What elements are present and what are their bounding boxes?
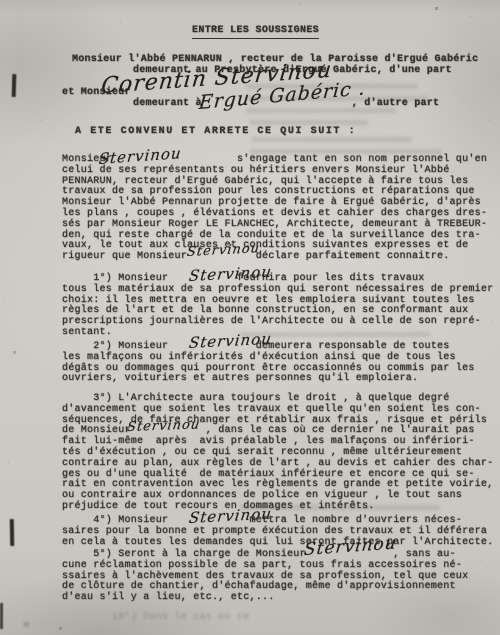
typed-line: rigueur que Monsieur déclare parfaitemen… — [62, 252, 487, 263]
typed-line: cune réclamation possible de sa part, to… — [62, 561, 468, 572]
typed-line: tous les matériaux de sa profession qui … — [62, 285, 493, 296]
clause-2-paragraph: 2°) Monsieur demeurera responsable de to… — [62, 342, 475, 385]
clause-1-paragraph: 1°) Monsieur fournira pour les dits trav… — [62, 274, 493, 339]
typed-line: ouvriers, voituriers et autres personnes… — [62, 374, 475, 385]
margin-pen-mark — [10, 519, 14, 546]
typed-line: les malfaçons ou infériorités d'éxécutio… — [62, 353, 475, 364]
typed-line: sentant. — [62, 328, 493, 339]
typed-line: d'eau s'il y a lieu, etc., etc,... — [62, 593, 468, 604]
typed-line: sés par Monsieur Roger LE FLANCHEC, Arch… — [62, 220, 487, 231]
clause-4-paragraph: 4°) Monsieur mettra le nombre d'ouvriers… — [62, 516, 493, 548]
clause-3-paragraph: 3°) L'Architecte aura toujours le droit … — [62, 394, 493, 513]
typed-line: préjudice de tout recours en dommages et… — [62, 502, 493, 513]
typed-line: contraire au plan, aux règles de l'art ,… — [62, 459, 493, 470]
bleed-through-line — [250, 120, 368, 125]
typed-line: en cela à toutes les demandes qui lui se… — [62, 538, 493, 549]
paper-speckles — [0, 0, 1, 1]
scan-edge-artifact — [0, 603, 3, 629]
typed-line: saires pour la bonne et prompte éxécutio… — [62, 527, 493, 538]
typed-line: celui de ses représentants ou héritiers … — [62, 166, 487, 177]
bleed-through-text: 10°) Dans le cas où ce — [112, 612, 250, 623]
typed-line: d'avancement que soient les travaux et q… — [62, 405, 493, 416]
clause-5-paragraph: 5°) Seront à la charge de Monsieur , san… — [62, 550, 468, 604]
document-title: ENTRE LES SOUSSIGNES — [192, 26, 319, 39]
typed-line: prescriptions journalières de l'Architec… — [62, 317, 493, 328]
margin-pen-mark — [12, 74, 17, 97]
intro-paragraph: Monsieur s'engage tant en son nom person… — [62, 155, 487, 263]
party-second-line2: demeurant à , d'autre part — [133, 99, 439, 110]
party-second-line1: et Monsieur — [62, 88, 131, 99]
party-first-line2: demeurant au Presbytère d'Ergué Gabéric,… — [133, 66, 452, 77]
agreement-heading: A ETE CONVENU ET ARRETE CE QUI SUIT : — [75, 127, 356, 138]
bleed-through-line — [246, 84, 418, 89]
scanned-contract-page: 10°) Dans le cas où ce ENTRE LES SOUSSIG… — [0, 0, 500, 635]
